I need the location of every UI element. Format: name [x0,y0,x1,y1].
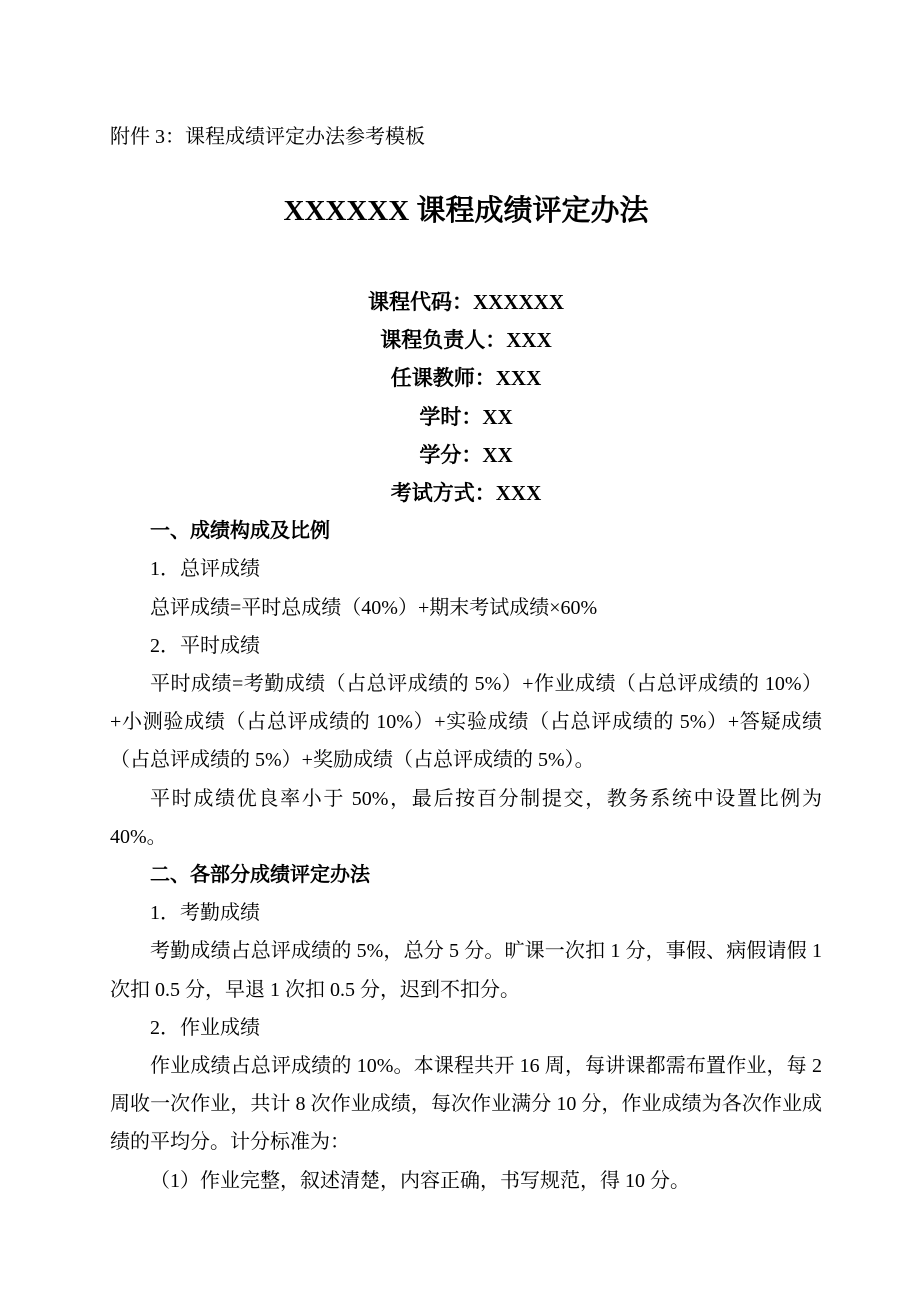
body-paragraph: 平时成绩优良率小于 50%，最后按百分制提交，教务系统中设置比例为 40%。 [110,780,822,856]
info-line-hours: 学时：XX [110,398,822,436]
body-paragraph: 平时成绩=考勤成绩（占总评成绩的 5%）+作业成绩（占总评成绩的 10%）+小测… [110,665,822,780]
section-heading: 一、成绩构成及比例 [110,512,822,550]
document-body: 一、成绩构成及比例 1．总评成绩 总评成绩=平时总成绩（40%）+期末考试成绩×… [110,512,822,1200]
document-page: 附件 3：课程成绩评定办法参考模板 XXXXXX 课程成绩评定办法 课程代码：X… [0,0,920,1302]
body-paragraph: （1）作业完整，叙述清楚，内容正确，书写规范，得 10 分。 [110,1162,822,1200]
section-heading: 二、各部分成绩评定办法 [110,856,822,894]
body-paragraph: 作业成绩占总评成绩的 10%。本课程共开 16 周，每讲课都需布置作业，每 2 … [110,1047,822,1162]
info-line-teacher: 任课教师：XXX [110,359,822,397]
section-subheading: 2．平时成绩 [110,627,822,665]
section-subheading: 1．总评成绩 [110,550,822,588]
section-subheading: 2．作业成绩 [110,1009,822,1047]
body-paragraph: 总评成绩=平时总成绩（40%）+期末考试成绩×60% [110,589,822,627]
info-line-exam-method: 考试方式：XXX [110,474,822,512]
section-subheading: 1．考勤成绩 [110,894,822,932]
body-paragraph: 考勤成绩占总评成绩的 5%，总分 5 分。旷课一次扣 1 分，事假、病假请假 1… [110,932,822,1008]
info-line-course-leader: 课程负责人：XXX [110,321,822,359]
course-info-block: 课程代码：XXXXXX 课程负责人：XXX 任课教师：XXX 学时：XX 学分：… [110,283,822,512]
info-line-course-code: 课程代码：XXXXXX [110,283,822,321]
attachment-note: 附件 3：课程成绩评定办法参考模板 [110,126,822,149]
info-line-credits: 学分：XX [110,436,822,474]
document-title: XXXXXX 课程成绩评定办法 [110,192,822,230]
